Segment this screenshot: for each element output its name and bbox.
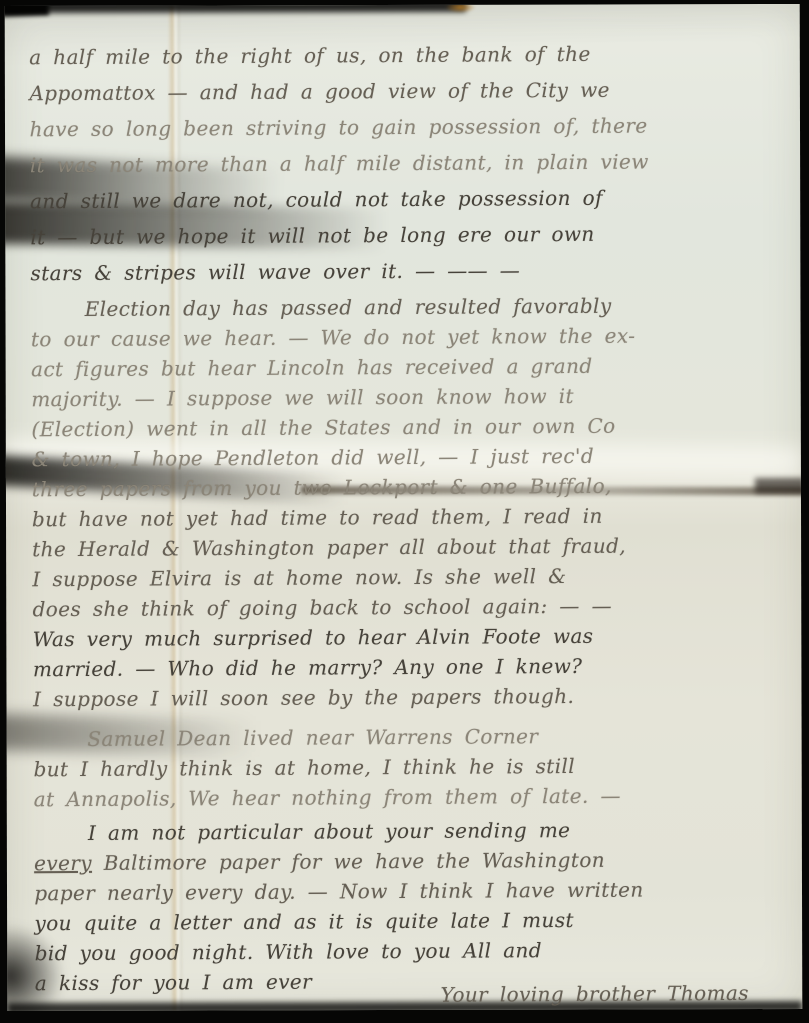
letter-line: three papers from you two Lockport & one…: [32, 473, 780, 508]
letter-body: a half mile to the right of us, on the b…: [29, 41, 783, 1010]
letter-line: I suppose I will soon see by the papers …: [33, 683, 781, 718]
letter-scan: a half mile to the right of us, on the b…: [0, 0, 809, 1023]
letter-line: but I hardly think is at home, I think h…: [33, 753, 781, 788]
letter-line: every Baltimore paper for we have the Wa…: [34, 847, 782, 882]
letter-line: married. — Who did he marry? Any one I k…: [33, 653, 781, 688]
letter-line: have so long been striving to gain posse…: [30, 113, 778, 154]
letter-line: bid you good night. With love to you All…: [35, 937, 783, 972]
letter-page: a half mile to the right of us, on the b…: [5, 4, 803, 1011]
tan-stain: [446, 4, 476, 13]
letter-line: at Annapolis, We hear nothing from them …: [34, 783, 782, 818]
letter-line: (Election) went in all the States and in…: [31, 413, 779, 448]
letter-line: a half mile to the right of us, on the b…: [29, 41, 777, 82]
letter-line: you quite a letter and as it is quite la…: [34, 907, 782, 942]
letter-line: but have not yet had time to read them, …: [32, 503, 780, 538]
letter-line: it — but we hope it will not be long ere…: [30, 221, 778, 262]
letter-line: Was very much surprised to hear Alvin Fo…: [33, 623, 781, 658]
letter-line: it was not more than a half mile distant…: [30, 149, 778, 190]
letter-line: I suppose Elvira is at home now. Is she …: [32, 563, 780, 598]
letter-line: the Herald & Washington paper all about …: [32, 533, 780, 568]
top-scan-edge: [5, 4, 466, 13]
top-left-scan-corner: [5, 4, 49, 17]
letter-line: paper nearly every day. — Now I think I …: [34, 877, 782, 912]
letter-line: Samuel Dean lived near Warrens Corner: [33, 723, 781, 758]
letter-line: Appomattox — and had a good view of the …: [29, 77, 777, 118]
letter-line-rest: Baltimore paper for we have the Washingt…: [92, 848, 605, 875]
letter-line: stars & stripes will wave over it. — —— …: [30, 257, 778, 298]
letter-line: & town, I hope Pendleton did well, — I j…: [32, 443, 780, 478]
letter-line: act figures but hear Lincoln has receive…: [31, 353, 779, 388]
letter-line: majority. — I suppose we will soon know …: [31, 383, 779, 418]
letter-line: does she think of going back to school a…: [32, 593, 780, 628]
letter-line: I am not particular about your sending m…: [34, 817, 782, 852]
underlined-word: every: [34, 851, 92, 875]
letter-line: to our cause we hear. — We do not yet kn…: [31, 323, 779, 358]
letter-line: Election day has passed and resulted fav…: [31, 293, 779, 328]
letter-line: and still we dare not, could not take po…: [30, 185, 778, 226]
